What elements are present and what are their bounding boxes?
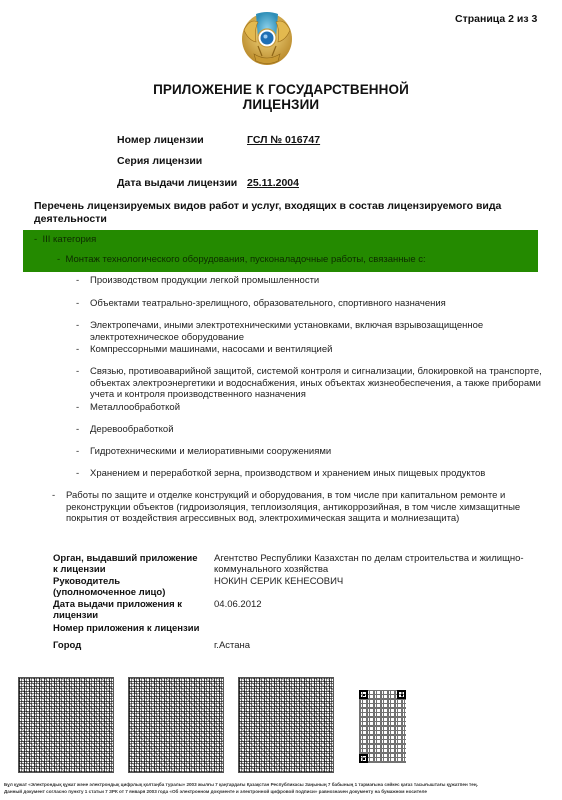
license-series-row: Серия лицензии bbox=[117, 155, 247, 167]
2d-barcode-icon bbox=[238, 677, 334, 773]
2d-barcode-icon bbox=[128, 677, 224, 773]
document-title: ПРИЛОЖЕНИЕ К ГОСУДАРСТВЕННОЙ ЛИЦЕНЗИИ bbox=[0, 82, 562, 112]
list-item: -Производством продукции легкой промышле… bbox=[76, 275, 536, 287]
2d-barcode-icon bbox=[18, 677, 114, 773]
legal-footer-kz: Бұл құжат «Электрондық құжат және электр… bbox=[4, 781, 560, 788]
list-item-text: Производством продукции легкой промышлен… bbox=[76, 275, 536, 287]
list-item: -Хранением и переработкой зерна, произво… bbox=[76, 468, 546, 480]
title-line-1: ПРИЛОЖЕНИЕ К ГОСУДАРСТВЕННОЙ bbox=[0, 82, 562, 97]
list-item-text: Связью, противоаварийной защитой, систем… bbox=[76, 366, 548, 401]
list-item: -Гидротехническими и мелиоративными соор… bbox=[76, 446, 536, 458]
details-label: Номер приложения к лицензии bbox=[53, 623, 233, 634]
list-item-text: Работы по защите и отделке конструкций и… bbox=[52, 490, 552, 525]
title-line-2: ЛИЦЕНЗИИ bbox=[0, 97, 562, 112]
qr-finder bbox=[359, 690, 368, 699]
license-number-label: Номер лицензии bbox=[117, 134, 247, 146]
dash: - bbox=[76, 446, 79, 458]
legal-footer-ru: Данный документ согласно пункту 1 статьи… bbox=[4, 788, 560, 795]
subcategory-label: Монтаж технологического оборудования, пу… bbox=[65, 254, 425, 265]
dash: - bbox=[76, 366, 79, 378]
qr-finder bbox=[359, 754, 368, 763]
qr-modules bbox=[359, 690, 406, 763]
dash: - bbox=[76, 344, 79, 356]
details-value: НОКИН СЕРИК КЕНЕСОВИЧ bbox=[214, 576, 534, 587]
license-date-row: Дата выдачи лицензии25.11.2004 bbox=[117, 177, 299, 189]
list-item-text: Гидротехническими и мелиоративными соору… bbox=[76, 446, 536, 458]
legal-footer: Бұл құжат «Электрондық құжат және электр… bbox=[4, 781, 560, 795]
license-date-value: 25.11.2004 bbox=[247, 177, 299, 189]
list-item-text: Металлообработкой bbox=[76, 402, 536, 414]
license-number-value: ГСЛ № 016747 bbox=[247, 134, 320, 146]
qr-finder bbox=[397, 690, 406, 699]
kazakhstan-state-emblem-icon bbox=[240, 8, 294, 68]
dash: - bbox=[76, 298, 79, 310]
qr-code-icon bbox=[359, 690, 406, 763]
list-item: -Связью, противоаварийной защитой, систе… bbox=[76, 366, 548, 401]
details-value: г.Астана bbox=[214, 640, 534, 651]
list-item: -Электропечами, иными электротехническим… bbox=[76, 320, 526, 343]
activities-heading: Перечень лицензируемых видов работ и усл… bbox=[34, 200, 534, 226]
dash: - bbox=[76, 402, 79, 414]
dash: - bbox=[76, 275, 79, 287]
page-indicator: Страница 2 из 3 bbox=[455, 13, 537, 25]
license-number-row: Номер лицензииГСЛ № 016747 bbox=[117, 134, 320, 146]
dash: - bbox=[76, 468, 79, 480]
category-line: - III категория bbox=[34, 234, 96, 245]
subcategory-line: - Монтаж технологического оборудования, … bbox=[57, 254, 426, 265]
license-series-label: Серия лицензии bbox=[117, 155, 247, 167]
list-item: -Деревообработкой bbox=[76, 424, 536, 436]
list-item-text: Электропечами, иными электротехническими… bbox=[76, 320, 526, 343]
list-item: -Объектами театрально-зрелищного, образо… bbox=[76, 298, 536, 310]
license-date-label: Дата выдачи лицензии bbox=[117, 177, 247, 189]
details-label: Дата выдачи приложения к лицензии bbox=[53, 599, 203, 621]
list-item: -Металлообработкой bbox=[76, 402, 536, 414]
list-item-text: Хранением и переработкой зерна, производ… bbox=[76, 468, 546, 480]
category-label: III категория bbox=[42, 234, 96, 245]
list-item-text: Компрессорными машинами, насосами и вент… bbox=[76, 344, 536, 356]
details-label: Орган, выдавший приложение к лицензии bbox=[53, 553, 203, 575]
dash: - bbox=[76, 424, 79, 436]
category-highlight bbox=[23, 230, 538, 272]
details-label: Руководитель (уполномоченное лицо) bbox=[53, 576, 203, 598]
details-value: Агентство Республики Казахстан по делам … bbox=[214, 553, 534, 575]
list-item: -Работы по защите и отделке конструкций … bbox=[52, 490, 552, 525]
dash: - bbox=[76, 320, 79, 332]
details-label: Город bbox=[53, 640, 203, 651]
list-item: -Компрессорными машинами, насосами и вен… bbox=[76, 344, 536, 356]
list-item-text: Деревообработкой bbox=[76, 424, 536, 436]
dash: - bbox=[52, 490, 55, 502]
list-item-text: Объектами театрально-зрелищного, образов… bbox=[76, 298, 536, 310]
details-value: 04.06.2012 bbox=[214, 599, 534, 610]
